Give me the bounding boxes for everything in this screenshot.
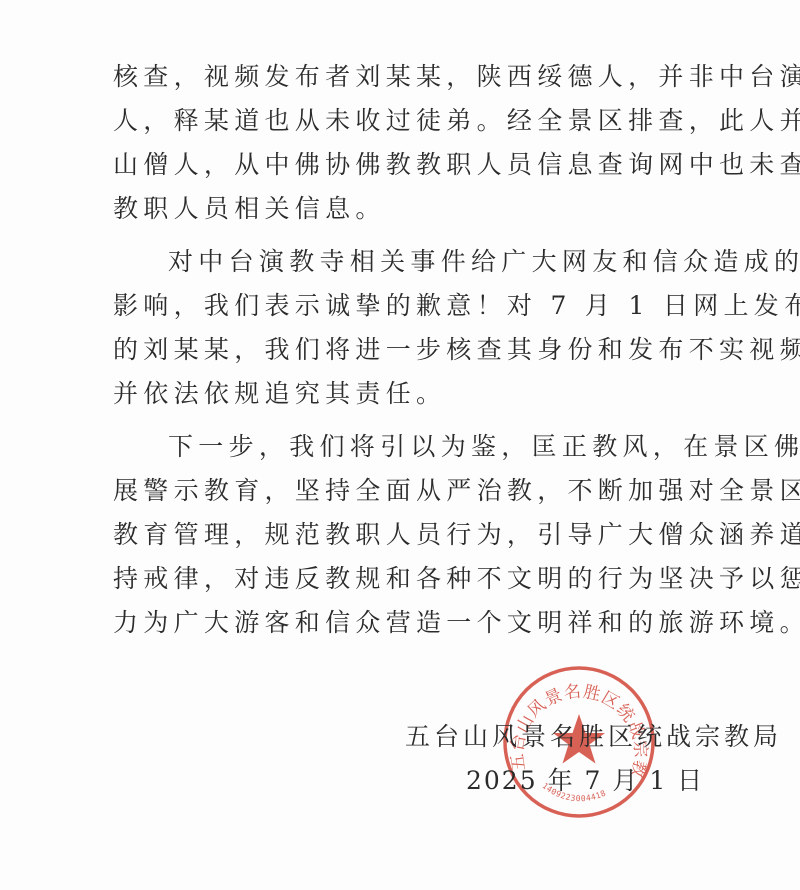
paragraph-1-line-2: 人，释某道也从未收过徒弟。经全景区排查，此人并非五台 bbox=[113, 106, 800, 136]
paragraph-2-line-4: 并依法依规追究其责任。 bbox=[113, 379, 446, 409]
paragraph-3-line-2: 展警示教育，坚持全面从严治教，不断加强对全景区僧人的 bbox=[113, 476, 800, 506]
issuer-name: 五台山风景名胜区统战宗教局 bbox=[405, 722, 782, 752]
paragraph-3-line-3: 教育管理，规范教职人员行为，引导广大僧众涵养道德，严 bbox=[113, 520, 800, 550]
paragraph-3-line-1: 下一步，我们将引以为鉴，匡正教风，在景区佛教界开 bbox=[168, 432, 800, 462]
paragraph-1-line-4: 教职人员相关信息。 bbox=[113, 194, 386, 224]
paragraph-3-line-4: 持戒律，对违反教规和各种不文明的行为坚决予以惩戒，努 bbox=[113, 564, 800, 594]
paragraph-1-line-1: 核查，视频发布者刘某某，陕西绥德人，并非中台演教寺僧 bbox=[113, 62, 800, 92]
document-page: 核查，视频发布者刘某某，陕西绥德人，并非中台演教寺僧 人，释某道也从未收过徒弟。… bbox=[0, 0, 800, 890]
paragraph-2-line-3: 的刘某某，我们将进一步核查其身份和发布不实视频的目的， bbox=[113, 335, 800, 365]
issue-date: 2025 年 7 月 1 日 bbox=[466, 766, 704, 796]
paragraph-2-line-1: 对中台演教寺相关事件给广大网友和信众造成的不良 bbox=[168, 247, 800, 277]
paragraph-1-line-3: 山僧人，从中佛协佛教教职人员信息查询网中也未查询到其 bbox=[113, 150, 800, 180]
paragraph-3-line-5: 力为广大游客和信众营造一个文明祥和的旅游环境。 bbox=[113, 608, 800, 638]
paragraph-2-line-2: 影响，我们表示诚挚的歉意！对 7 月 1 日网上发布不实视频 bbox=[113, 291, 800, 321]
